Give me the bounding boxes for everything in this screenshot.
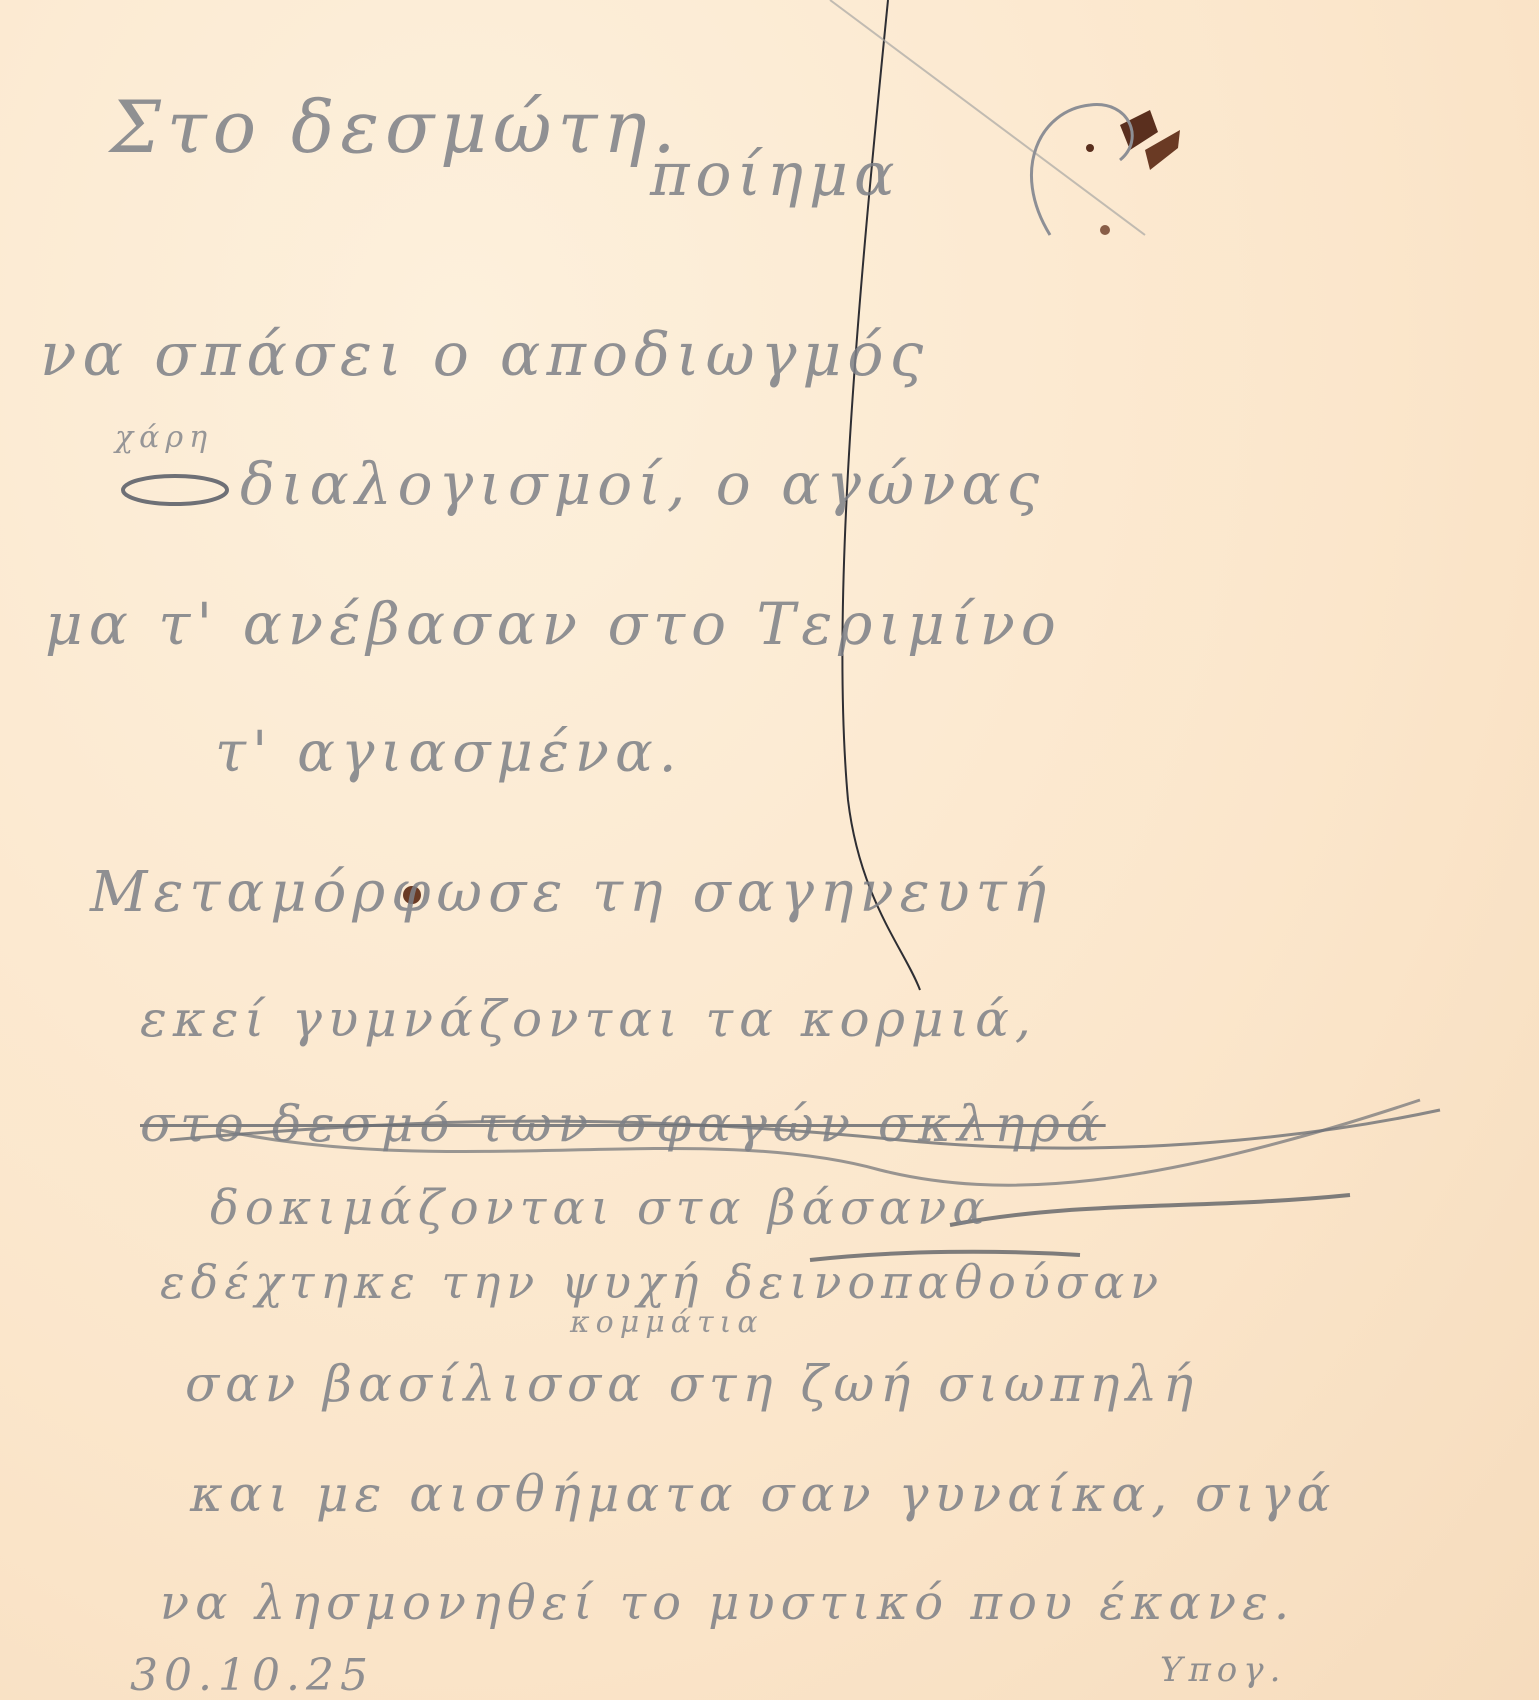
pencil-marks [0, 0, 1539, 1700]
insertion-below-line-9: κομμάτια [570, 1305, 764, 1340]
manuscript-line-5: Μεταμόρφωσε τη σαγηνευτή [90, 860, 1052, 925]
manuscript-line-3: μα τ' ανέβασαν στο Τεριμίνο [45, 590, 1062, 658]
manuscript-line-1: να σπάσει ο αποδιωγμός [40, 320, 929, 390]
manuscript-line-7-struck: στο δεσμό των σφαγών σκληρά [140, 1095, 1106, 1153]
manuscript-line-12: να λησμονηθεί το μυστικό που έκανε. [160, 1575, 1295, 1631]
manuscript-line-4: τ' αγιασμένα. [215, 720, 683, 785]
insertion-above-line-2: χάρη [115, 420, 213, 455]
manuscript-date: 30.10.25 [130, 1650, 374, 1700]
manuscript-line-11: και με αισθήματα σαν γυναίκα, σιγά [190, 1465, 1336, 1523]
manuscript-heading-note: ποίημα [650, 140, 901, 210]
manuscript-line-6: εκεί γυμνάζονται τα κορμιά, [140, 990, 1037, 1048]
manuscript-line-2: διαλογισμοί, ο αγώνας [240, 450, 1045, 518]
manuscript-line-10: σαν βασίλισσα στη ζωή σιωπηλή [185, 1355, 1199, 1413]
signature: Υπογ. [1160, 1650, 1286, 1690]
manuscript-line-8: δοκιμάζονται στα βάσανα [210, 1180, 991, 1236]
manuscript-heading: Στο δεσμώτη. [110, 85, 681, 169]
manuscript-page: Στο δεσμώτη. ποίημα χάρη να σπάσει ο απο… [0, 0, 1539, 1700]
manuscript-line-9: εδέχτηκε την ψυχή δεινοπαθούσαν [160, 1255, 1164, 1309]
